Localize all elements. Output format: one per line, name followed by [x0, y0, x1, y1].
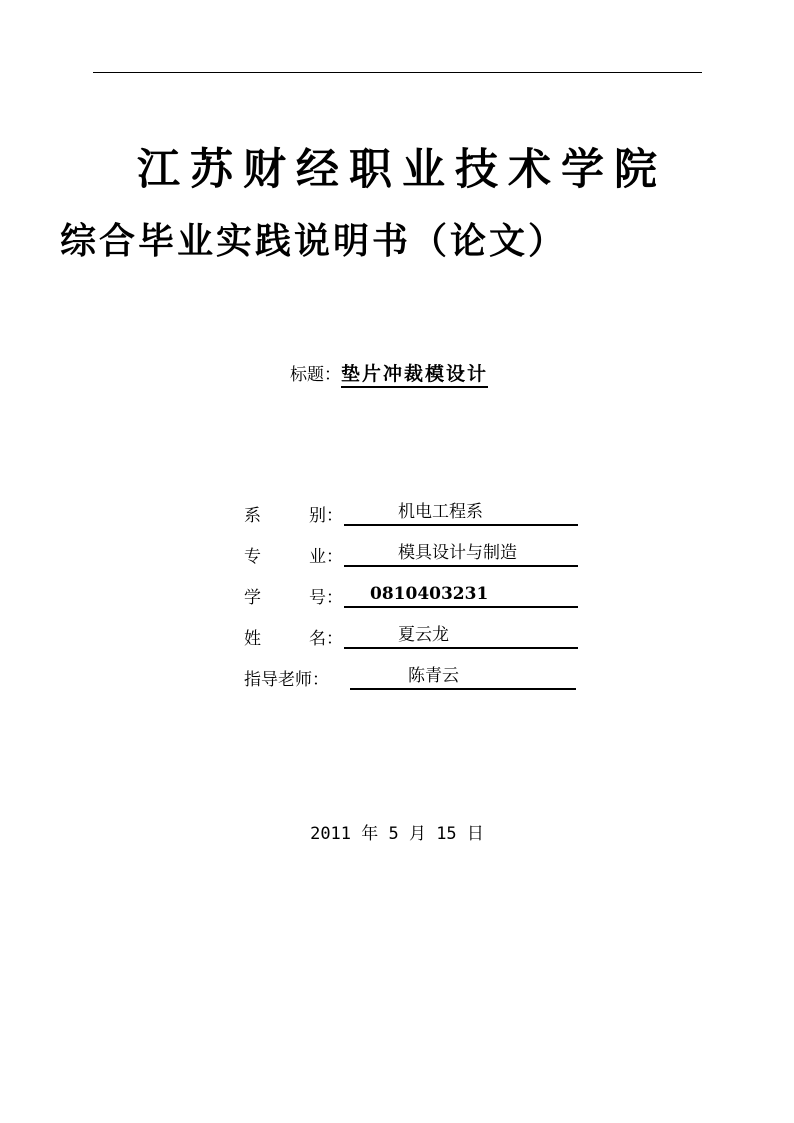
subject-label: 标题： [290, 365, 341, 385]
student-info: 系别： 机电工程系 专业： 模具设计与制造 学号： 0810403231 姓名：… [244, 488, 584, 693]
field-label: 专业： [244, 544, 344, 570]
subject-line: 标题：垫片冲裁模设计 [290, 360, 488, 389]
field-label-part: 系 [244, 506, 261, 526]
field-student-id: 学号： 0810403231 [244, 570, 584, 611]
field-name: 姓名： 夏云龙 [244, 611, 584, 652]
field-label-part: 姓 [244, 629, 261, 649]
field-label-part: 专 [244, 547, 261, 567]
subject-value: 垫片冲裁模设计 [341, 363, 488, 388]
field-advisor: 指导老师： 陈青云 [244, 652, 584, 693]
submission-date: 2011 年 5 月 15 日 [0, 822, 794, 846]
document-title: 综合毕业实践说明书（论文） [60, 212, 700, 272]
field-major: 专业： 模具设计与制造 [244, 529, 584, 570]
field-value-student-id: 0810403231 [344, 582, 578, 608]
field-label-part: 名： [309, 629, 343, 649]
field-label: 系别： [244, 503, 344, 529]
field-label: 指导老师： [244, 667, 344, 693]
field-value-name: 夏云龙 [344, 623, 578, 649]
field-label-part: 号： [309, 588, 343, 608]
field-label: 姓名： [244, 626, 344, 652]
field-label: 学号： [244, 585, 344, 611]
field-value-department: 机电工程系 [344, 500, 578, 526]
header-rule [93, 72, 702, 73]
field-department: 系别： 机电工程系 [244, 488, 584, 529]
field-label-part: 业： [309, 547, 343, 567]
field-value-major: 模具设计与制造 [344, 541, 578, 567]
field-value-advisor: 陈青云 [350, 664, 576, 690]
field-label-part: 别： [309, 506, 343, 526]
institution-name: 江苏财经职业技术学院 [0, 140, 794, 200]
field-label-part: 学 [244, 588, 261, 608]
